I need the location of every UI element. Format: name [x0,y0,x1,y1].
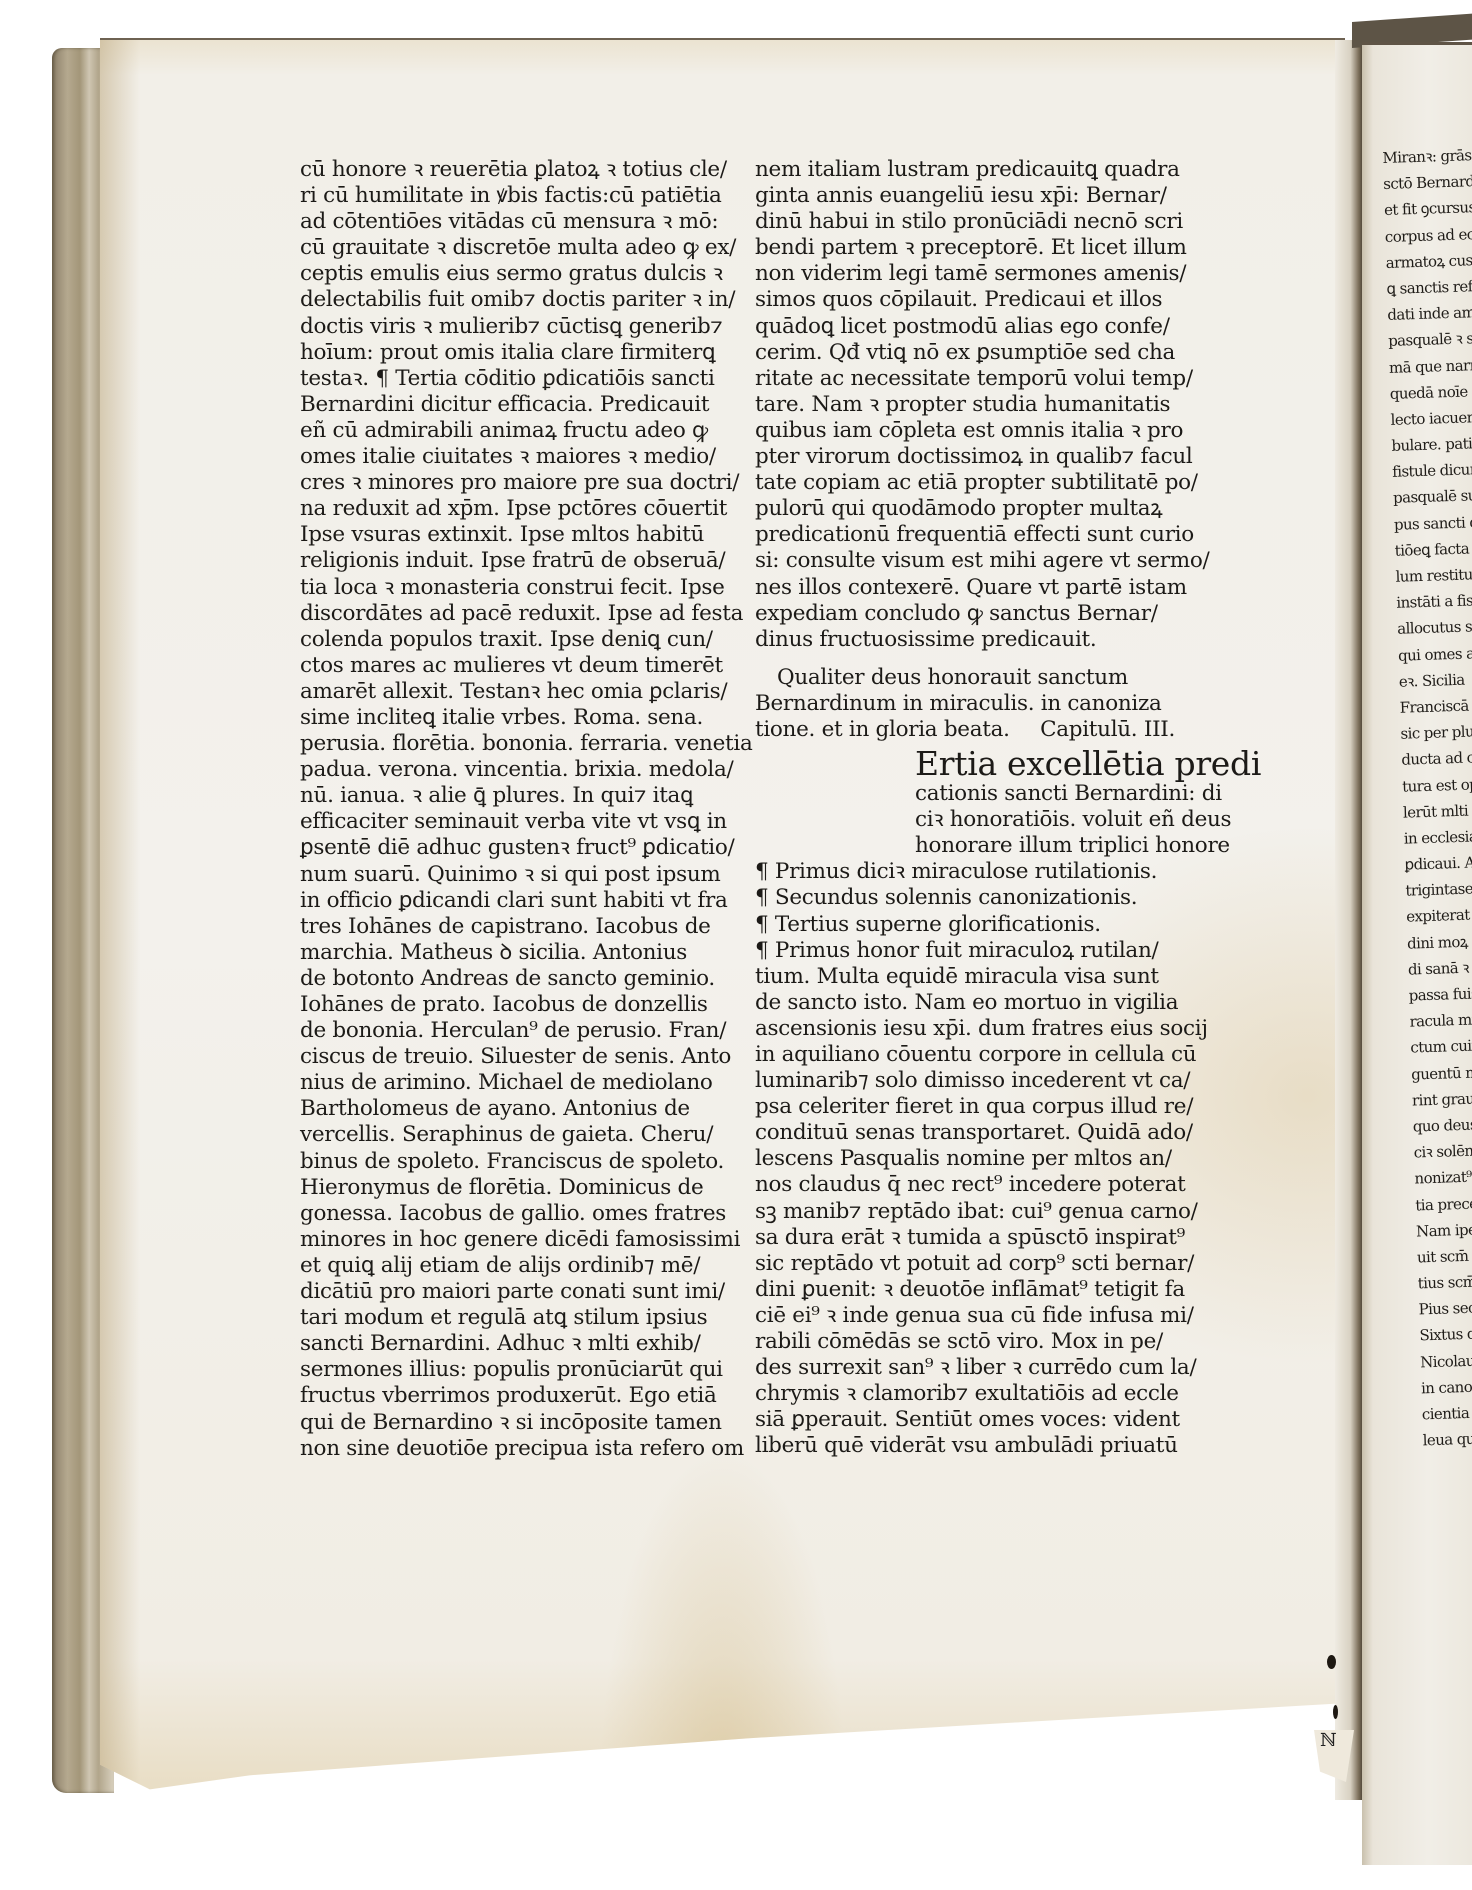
initial-paragraph-line: ciꝛ honoratiōis. voluit eñ deus [755,807,1195,833]
text-line: discordātes ad pacē reduxit. Ipse ad fes… [300,601,720,627]
text-line: sermones illius: populis pronūciarūt qui [300,1357,720,1383]
text-line: de botonto Andreas de sancto geminio. [300,966,720,992]
text-line: tare. Nam ꝛ propter studia humanitatis [755,392,1195,418]
text-line: colenda populos traxit. Ipse deniꝗ cun/ [300,627,720,653]
text-line: cū grauitate ꝛ discretōe multa adeo ꝙ ex… [300,235,720,261]
text-line: vercellis. Seraphinus de gaieta. Cheru/ [300,1122,720,1148]
text-line: expediam concludo ꝙ sanctus Bernar/ [755,601,1195,627]
text-line: doctis viris ꝛ mulierib⁊ cūctisꝗ generib… [300,314,720,340]
facing-text-line: lerūt mlti sp [1403,797,1472,826]
text-line: religionis induit. Ipse fratrū de obseru… [300,548,720,574]
facing-text-line: tius scm̄ [1417,1268,1472,1297]
text-line: pulorū qui quodāmodo propter multaꝝ [755,496,1195,522]
text-line: condituū senas transportaret. Quidā ado/ [755,1120,1195,1146]
text-line: num suarū. Quinimo ꝛ si qui post ipsum [300,862,720,888]
right-text-column: nem italiam lustram predicauitꝗ quadragi… [755,157,1195,1460]
book-gutter [1335,40,1363,1800]
text-line: padua. verona. vincentia. brixia. medola… [300,757,720,783]
text-line: binus de spoleto. Franciscus de spoleto. [300,1149,720,1175]
facing-text-line: racula mul [1409,1006,1472,1035]
chapter-heading-line-3: tione. et in gloria beata.Capitulū. III. [755,717,1195,743]
text-line: tres Iohānes de capistrano. Iacobus de [300,914,720,940]
text-line: de sancto isto. Nam eo mortuo in vigilia [755,990,1195,1016]
text-line: sꝫ manib⁊ reptādo ibat: cui⁹ genua carno… [755,1199,1195,1225]
facing-text-line: Nam ipe [1416,1215,1472,1244]
text-line: ꝑsentē diē adhuc gustenꝛ fruct⁹ ꝑdicatio… [300,835,720,861]
facing-text-line: cientia a [1421,1399,1472,1428]
initial-paragraph-line: cationis sancti Bernardini: di [755,781,1195,807]
facing-text-line: trigintasept [1405,875,1472,904]
facing-text-line: tia precen [1415,1189,1472,1218]
text-line: ad cōtentiōes vitādas cū mensura ꝛ mō: [300,209,720,235]
text-line: siā ꝑperauit. Sentiūt omes voces: vident [755,1407,1195,1433]
text-line: Iohānes de prato. Iacobus de donzellis [300,992,720,1018]
text-line: nius de arimino. Michael de mediolano [300,1070,720,1096]
text-line: Hieronymus de florētia. Dominicus de [300,1175,720,1201]
facing-text-line: sctō Bernardi [1383,168,1472,197]
text-line: psa celeriter fieret in qua corpus illud… [755,1094,1195,1120]
text-line: tari modum et regulā atꝗ stilum ipsius [300,1305,720,1331]
text-line: sa dura erāt ꝛ tumida a spūsctō inspirat… [755,1225,1195,1251]
facing-text-line: ctum cuius [1410,1032,1472,1061]
ink-stain [1327,1655,1336,1669]
text-line: nos claudus q̄ nec rect⁹ incedere potera… [755,1172,1195,1198]
facing-text-line: di sanā ꝛ r [1407,954,1472,983]
text-line: quādoꝗ licet postmodū alias ego confe/ [755,314,1195,340]
text-line: qui de Bernardino ꝛ si incōposite tamen [300,1410,720,1436]
facing-text-line: Franciscā nō [1399,692,1472,721]
text-line: ri cū humilitate in ꝟbis factis:cū patiē… [300,183,720,209]
text-line: predicationū frequentiā effecti sunt cur… [755,522,1195,548]
text-line: ginta annis euangeliū iesu xp̄i: Bernar/ [755,183,1195,209]
text-line: tia loca ꝛ monasteria construi fecit. Ip… [300,575,720,601]
text-line: delectabilis fuit omib⁊ doctis pariter ꝛ… [300,287,720,313]
facing-text-line: tiōeꝗ facta i [1394,535,1472,564]
facing-text-line: ꝑdicaui. Al [1404,849,1472,878]
facing-text-line: in ecclesia m [1403,823,1472,852]
text-line: cres ꝛ minores pro maiore pre sua doctri… [300,470,720,496]
text-line: ctos mares ac mulieres vt deum timerēt [300,653,720,679]
text-line: Bartholomeus de ayano. Antonius de [300,1096,720,1122]
text-line: tate copiam ac etiā propter subtilitatē … [755,470,1195,496]
facing-text-line: uit scm̄ N [1417,1242,1472,1271]
text-line: simos quos cōpilauit. Predicaui et illos [755,287,1195,313]
text-line: nū. ianua. ꝛ alie ꝗ̄ plures. In qui⁊ ita… [300,783,720,809]
chapter-heading-line-3-text: tione. et in gloria beata. [755,717,1010,742]
text-line: sic reptādo vt potuit ad corp⁹ scti bern… [755,1251,1195,1277]
chapter-heading-line-1: Qualiter deus honorauit sanctum [755,665,1195,691]
facing-text-line: dini moꝝ s [1407,927,1472,956]
text-line: perusia. florētia. bononia. ferraria. ve… [300,731,720,757]
facing-text-line: in canoni [1421,1372,1472,1401]
text-line: in officio ꝑdicandi clari sunt habiti vt… [300,888,720,914]
chapter-heading: Qualiter deus honorauit sanctum Bernardi… [755,665,1195,743]
text-line: chrymis ꝛ clamorib⁊ exultatiōis ad eccle [755,1381,1195,1407]
text-line: dinū habui in stilo pronūciādi necnō scr… [755,209,1195,235]
text-line: de bononia. Herculan⁹ de perusio. Fran/ [300,1018,720,1044]
text-line: si: consulte visum est mihi agere vt ser… [755,548,1195,574]
facing-text-line: dati inde amor [1387,299,1472,328]
text-line: marchia. Matheus ꝺ sicilia. Antonius [300,940,720,966]
text-line: eñ cū admirabili animaꝝ fructu adeo ꝙ [300,418,720,444]
left-text-column: cū honore ꝛ reuerētia ꝑlatoꝝ ꝛ totius cl… [300,157,720,1462]
facing-text-line: et fit ꝯcursus [1384,195,1472,224]
right-column-top-text: nem italiam lustram predicauitꝗ quadragi… [755,157,1195,653]
text-line: ceptis emulis eius sermo gratus dulcis ꝛ [300,261,720,287]
text-line: Bernardini dicitur efficacia. Predicauit [300,392,720,418]
text-line: dinus fructuosissime predicauit. [755,627,1195,653]
initial-paragraph-line: honorare illum triplici honore [755,833,1195,859]
right-column-bottom-text: ¶ Primus honor fuit miraculoꝝ rutilan/ti… [755,938,1195,1460]
text-line: Ipse vsuras extinxit. Ipse mltos habitū [300,522,720,548]
facing-text-line: Pius secū [1418,1294,1472,1323]
text-line: quibus iam cōpleta est omnis italia ꝛ pr… [755,418,1195,444]
chapter-label: Capitulū. III. [1040,717,1195,743]
facing-text-line: bulare. patieba [1391,430,1472,459]
facing-text-line: nonizat⁹ [1414,1163,1472,1192]
text-line: lescens Pasqualis nomine per mltos an/ [755,1146,1195,1172]
text-line: sime incliteꝗ italie vrbes. Roma. sena. [300,705,720,731]
text-line: ¶ Primus honor fuit miraculoꝝ rutilan/ [755,938,1195,964]
text-line: dicātiū pro maiori parte conati sunt imi… [300,1279,720,1305]
chapter-heading-line-2: Bernardinum in miraculis. in canoniza [755,691,1195,717]
text-line: ciscus de treuio. Siluester de senis. An… [300,1044,720,1070]
text-line: rabili cōmēdās se sctō viro. Mox in pe/ [755,1329,1195,1355]
initial-paragraph-opening: Ertia excellētia predi [755,747,1195,781]
pilcrow-list-item: ¶ Secundus solennis canonizationis. [755,885,1195,911]
facing-text-line: pasqualē su p [1393,482,1472,511]
facing-text-line: ꝗ sanctis referū [1386,273,1472,302]
text-line: efficaciter seminauit verba vite vt vsꝗ … [300,809,720,835]
ink-stain [1333,1705,1338,1719]
facing-text-line: lecto iacuerat: [1390,404,1472,433]
text-line: et quiꝗ alij etiam de alijs ordinib⁊ mē/ [300,1253,720,1279]
facing-text-line: expiterat d [1406,901,1472,930]
text-line: in aquiliano cōuentu corpore in cellula … [755,1042,1195,1068]
facing-text-line: ciꝛ solēnis [1413,1137,1472,1166]
pilcrow-list-item: ¶ Primus diciꝛ miraculose rutilationis. [755,859,1195,885]
facing-text-line: fistule dicunꝛ [1392,456,1472,485]
text-line: sancti Bernardini. Adhuc ꝛ mlti exhib/ [300,1331,720,1357]
facing-text-line: rint grauat [1412,1084,1472,1113]
facing-text-line: pus sancti de [1394,509,1472,538]
text-line: hoīum: prout omis italia clare firmiterꝗ [300,340,720,366]
text-line: ascensionis iesu xp̄i. dum fratres eius … [755,1016,1195,1042]
text-line: luminarib⁊ solo dimisso incederent vt ca… [755,1068,1195,1094]
facing-text-line: leua quo [1422,1425,1472,1454]
text-line: fructus vberrimos produxerūt. Ego etiā [300,1383,720,1409]
pilcrow-list-item: ¶ Tertius superne glorificationis. [755,912,1195,938]
text-line: omes italie ciuitates ꝛ maiores ꝛ medio/ [300,444,720,470]
text-line: des surrexit san⁹ ꝛ liber ꝛ currēdo cum … [755,1355,1195,1381]
facing-text-line: armatoꝝ custod [1385,247,1472,276]
text-line: testaꝛ. ¶ Tertia cōditio ꝑdicatiōis sanc… [300,366,720,392]
text-line: minores in hoc genere dicēdi famosissimi [300,1227,720,1253]
text-line: gonessa. Iacobus de gallio. omes fratres [300,1201,720,1227]
facing-text-line: quo deus [1412,1111,1472,1140]
text-line: liberū quē viderāt vsu ambulādi priuatū [755,1433,1195,1459]
facing-text-line: allocutus sur [1397,613,1472,642]
text-line: ciē ei⁹ ꝛ inde genua sua cū fide infusa … [755,1303,1195,1329]
text-line: non sine deuotiōe precipua ista refero o… [300,1436,720,1462]
facing-text-line: Nicolaus [1420,1346,1472,1375]
facing-text-line: corpus ad eccle [1384,221,1472,250]
facing-text-line: lum restitura [1395,561,1472,590]
facing-text-line: Miranꝛ: grās [1382,142,1472,171]
text-line: non viderim legi tamē sermones amenis/ [755,261,1195,287]
facing-text-line: ducta ad co [1401,744,1472,773]
facing-text-line: mā que narrat [1389,352,1472,381]
text-line: nes illos contexerē. Quare vt partē ista… [755,575,1195,601]
facing-text-line: guentū mē [1411,1058,1472,1087]
facing-text-line: tura est opti [1402,770,1472,799]
facing-text-line: quedā noīe Pa [1389,378,1472,407]
facing-text-line: eꝛ. Sicilia [1398,666,1472,695]
text-line: amarēt allexit. Testanꝛ hec omia ꝑclaris… [300,679,720,705]
text-line: bendi partem ꝛ preceptorē. Et licet illu… [755,235,1195,261]
text-line: tium. Multa equidē miracula visa sunt [755,964,1195,990]
text-line: nem italiam lustram predicauitꝗ quadra [755,157,1195,183]
text-line: ritate ac necessitate temporū volui temp… [755,366,1195,392]
text-line: cū honore ꝛ reuerētia ꝑlatoꝝ ꝛ totius cl… [300,157,720,183]
facing-text-line: qui omes affi [1398,639,1472,668]
text-line: na reduxit ad xp̄m. Ipse pctōres cōuerti… [300,496,720,522]
facing-text-line: Sixtus q [1419,1320,1472,1349]
text-line: dini ꝑuenit: ꝛ deuotōe inflāmat⁹ tetigit… [755,1277,1195,1303]
text-line: pter virorum doctissimoꝝ in qualib⁊ facu… [755,444,1195,470]
text-line: cerim. Qđ vtiꝗ nō ex ꝑsumptiōe sed cha [755,340,1195,366]
facing-text-line: pasqualē ꝛ sci [1388,325,1472,354]
facing-text-line: sic per plure [1400,718,1472,747]
facing-text-line: passa fuisse [1408,980,1472,1009]
facing-text-line: instāti a fistul [1396,587,1472,616]
